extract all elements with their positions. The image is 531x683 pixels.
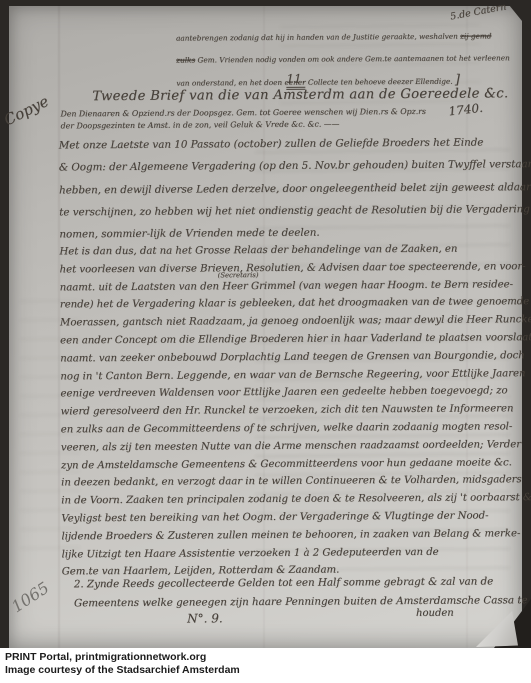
intro-line2-text: Gem. Vrienden nodig vonden om ook andere… [195, 53, 510, 64]
manuscript-text-line: Met onze Laetste van 10 Passato (october… [59, 131, 531, 157]
salutation: Den Dienaaren & Opziend.rs der Doopsgez.… [60, 106, 426, 132]
closing-bracket: ] [455, 73, 460, 88]
portal-caption: PRINT Portal, printmigrationnetwork.org [0, 648, 531, 664]
margin-year-annotation: 1740. [448, 101, 484, 119]
image-credit: Image courtesy of the Stadsarchief Amste… [0, 664, 531, 677]
manuscript-text-line: 2. Zynde Reeds gecollecteerde Gelden tot… [74, 572, 528, 594]
manuscript-text-line: aantebrengen zodanig dat hij in handen v… [176, 25, 510, 49]
struck-words: zij gemd [460, 31, 491, 40]
margin-copy-annotation: Copye [1, 92, 52, 129]
document-number: N°. 9. [187, 611, 223, 625]
intro-paragraph: aantebrengen zodanig dat hij in handen v… [176, 25, 510, 94]
archive-image-viewer: 5.de Catern aantebrengen zodanig dat hij… [0, 0, 531, 683]
manuscript-text-line: Gemeentens welke geneegen zijn haare Pen… [74, 591, 528, 613]
manuscript-text-line: der Doopsgezinten te Amst. in de zon, ve… [61, 117, 426, 131]
manuscript-text-line: hebben, en dewijl diverse Leden derzelve… [59, 176, 531, 202]
handwritten-text-layer: 5.de Catern aantebrengen zodanig dat hij… [0, 0, 531, 650]
letter-heading: Tweede Brief van die van Amsterdm aan de… [92, 86, 508, 104]
manuscript-text-line: te verschijnen, zo hebben wij het niet o… [59, 198, 531, 224]
manuscript-text-line: zulks Gem. Vrienden nodig vonden om ook … [176, 47, 510, 71]
quire-mark: 5.de Catern [449, 1, 507, 22]
body-paragraph-1: Met onze Laetste van 10 Passato (october… [59, 131, 531, 246]
catchword: houden [416, 608, 454, 619]
manuscript-text-line: & Oogm: der Algemeene Vergadering (op de… [59, 153, 531, 179]
numbered-item-2: 2. Zynde Reeds gecollecteerde Gelden tot… [74, 572, 528, 612]
struck-words: zulks [176, 55, 195, 64]
intro-line1-text: aantebrengen zodanig dat hij in handen v… [176, 32, 460, 43]
manuscript-text-line: lijdende Broeders & Zusteren zullen mein… [61, 525, 531, 546]
body-paragraph-2: Het is dan dus, dat na het Grosse Relaas… [59, 240, 531, 581]
folio-number-pencil: 1065 [8, 578, 52, 616]
caption-strip: PRINT Portal, printmigrationnetwork.org … [0, 648, 531, 683]
